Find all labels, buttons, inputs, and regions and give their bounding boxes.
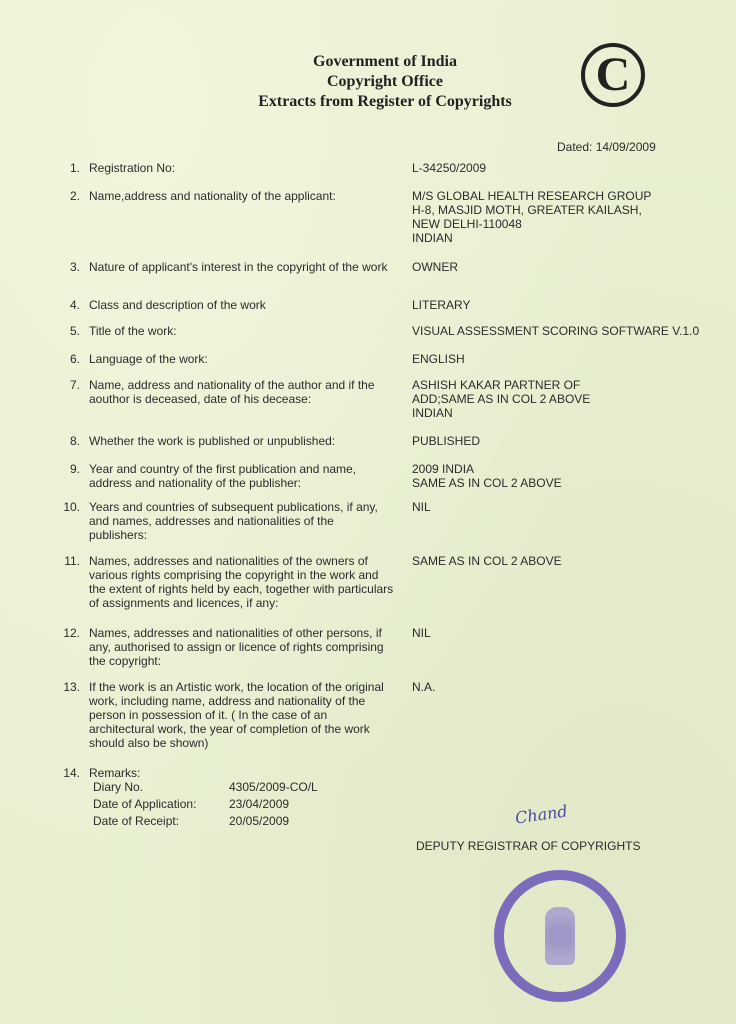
item-label: Class and description of the work [89,298,394,312]
item-number: 10. [50,500,80,514]
header-line-title: Extracts from Register of Copyrights [230,92,540,112]
item-number: 11. [50,554,80,568]
signature: Chand [514,801,569,827]
item-number: 4. [50,298,80,312]
item-value: NIL [412,500,732,514]
copyright-symbol-icon: C [581,43,645,107]
item-label: Registration No: [89,161,394,175]
item-label: Name, address and nationality of the aut… [89,378,394,406]
remark-label: Date of Application: [93,796,223,812]
document-header: Government of India Copyright Office Ext… [230,52,540,112]
item-value: NIL [412,626,732,640]
header-line-office: Copyright Office [230,72,540,92]
item-number: 12. [50,626,80,640]
registrar-title: DEPUTY REGISTRAR OF COPYRIGHTS [416,839,640,853]
item-value: LITERARY [412,298,732,312]
official-seal-stamp [494,870,626,1002]
item-label: Whether the work is published or unpubli… [89,434,394,448]
item-label: Names, addresses and nationalities of th… [89,554,394,610]
item-value: M/S GLOBAL HEALTH RESEARCH GROUP H-8, MA… [412,189,732,245]
remark-value: 20/05/2009 [229,813,289,829]
item-number: 7. [50,378,80,392]
remark-value: 4305/2009-CO/L [229,779,318,795]
item-value: N.A. [412,680,732,694]
item-value: VISUAL ASSESSMENT SCORING SOFTWARE V.1.0 [412,324,732,338]
item-label: Nature of applicant's interest in the co… [89,260,394,274]
item-number: 5. [50,324,80,338]
item-number: 1. [50,161,80,175]
item-number: 2. [50,189,80,203]
item-label: Title of the work: [89,324,394,338]
item-number: 13. [50,680,80,694]
copyright-glyph: C [596,51,631,99]
remark-label: Diary No. [93,779,223,795]
item-value: L-34250/2009 [412,161,732,175]
item-label: If the work is an Artistic work, the loc… [89,680,394,750]
item-value: PUBLISHED [412,434,732,448]
header-line-government: Government of India [230,52,540,72]
item-value: ENGLISH [412,352,732,366]
item-number: 9. [50,462,80,476]
item-label: Year and country of the first publicatio… [89,462,394,490]
item-value: SAME AS IN COL 2 ABOVE [412,554,732,568]
item-number: 14. [50,766,80,780]
item-label: Remarks: [89,766,394,780]
item-label: Name,address and nationality of the appl… [89,189,394,203]
item-label: Names, addresses and nationalities of ot… [89,626,394,668]
item-value: 2009 INDIA SAME AS IN COL 2 ABOVE [412,462,732,490]
item-number: 3. [50,260,80,274]
item-label: Years and countries of subsequent public… [89,500,394,542]
item-value: ASHISH KAKAR PARTNER OF ADD;SAME AS IN C… [412,378,732,420]
remark-value: 23/04/2009 [229,796,289,812]
remark-label: Date of Receipt: [93,813,223,829]
item-label: Language of the work: [89,352,394,366]
dated-text: Dated: 14/09/2009 [557,140,656,154]
item-number: 8. [50,434,80,448]
emblem-icon [545,907,575,965]
item-value: OWNER [412,260,732,274]
item-number: 6. [50,352,80,366]
